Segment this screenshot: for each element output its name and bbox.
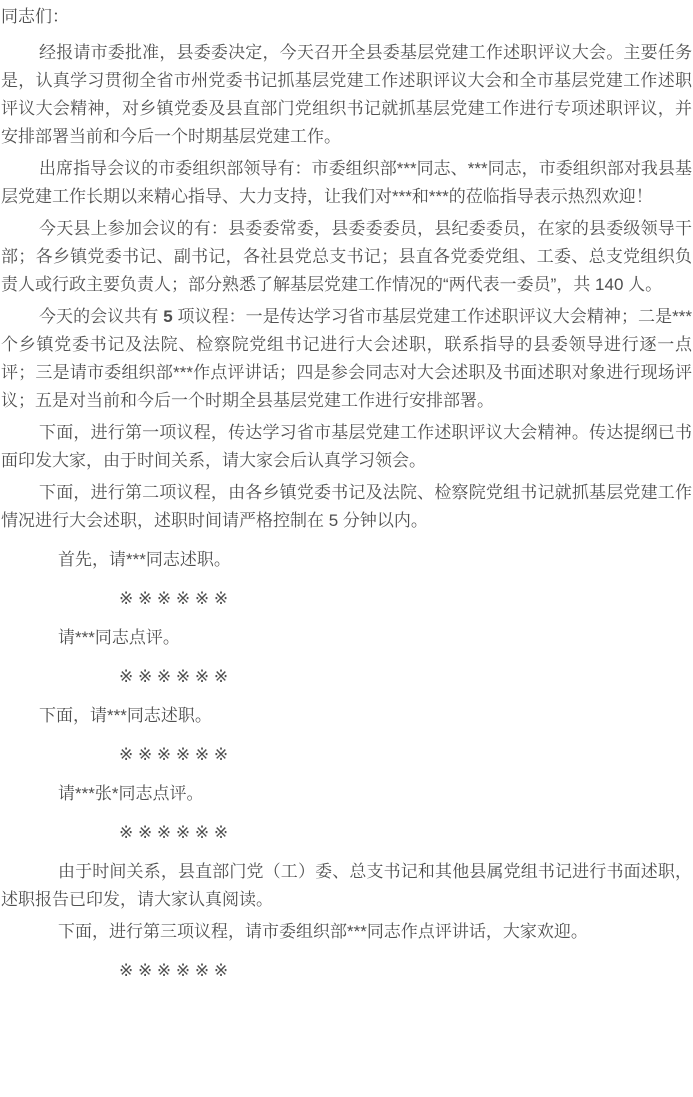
- cue-next-speaker: 下面，请***同志述职。: [1, 702, 692, 730]
- salutation: 同志们：: [1, 3, 692, 31]
- speech-document: 同志们： 经报请市委批准，县委委决定，今天召开全县委基层党建工作述职评议大会。主…: [0, 0, 693, 985]
- agenda-text-pre: 今天的会议共有: [39, 307, 163, 326]
- separator-marks: ※ ※ ※ ※ ※ ※: [1, 957, 692, 985]
- paragraph-item1: 下面，进行第一项议程，传达学习省市基层党建工作述职评议大会精神。传达提纲已书面印…: [1, 419, 692, 475]
- separator-marks: ※ ※ ※ ※ ※ ※: [1, 819, 692, 847]
- separator-marks: ※ ※ ※ ※ ※ ※: [1, 585, 692, 613]
- paragraph-guests: 出席指导会议的市委组织部领导有：市委组织部***同志、***同志，市委组织部对我…: [1, 155, 692, 211]
- agenda-count: 5: [163, 307, 172, 326]
- paragraph-item3: 下面，进行第三项议程，请市委组织部***同志作点评讲话，大家欢迎。: [1, 918, 692, 946]
- paragraph-agenda: 今天的会议共有 5 项议程：一是传达学习省市基层党建工作述职评议大会精神；二是*…: [1, 303, 692, 415]
- separator-marks: ※ ※ ※ ※ ※ ※: [1, 663, 692, 691]
- separator-marks: ※ ※ ※ ※ ※ ※: [1, 741, 692, 769]
- cue-first-speaker: 首先，请***同志述职。: [1, 546, 692, 574]
- paragraph-attendees: 今天县上参加会议的有：县委委常委，县委委委员，县纪委委员，在家的县委级领导干部；…: [1, 215, 692, 299]
- paragraph-item2: 下面，进行第二项议程，由各乡镇党委书记及法院、检察院党组书记就抓基层党建工作情况…: [1, 479, 692, 535]
- paragraph-opening: 经报请市委批准，县委委决定，今天召开全县委基层党建工作述职评议大会。主要任务是，…: [1, 39, 692, 151]
- paragraph-written-report: 由于时间关系，县直部门党（工）委、总支书记和其他县属党组书记进行书面述职，述职报…: [1, 858, 692, 914]
- cue-comment-2: 请***张*同志点评。: [1, 780, 692, 808]
- cue-comment-1: 请***同志点评。: [1, 624, 692, 652]
